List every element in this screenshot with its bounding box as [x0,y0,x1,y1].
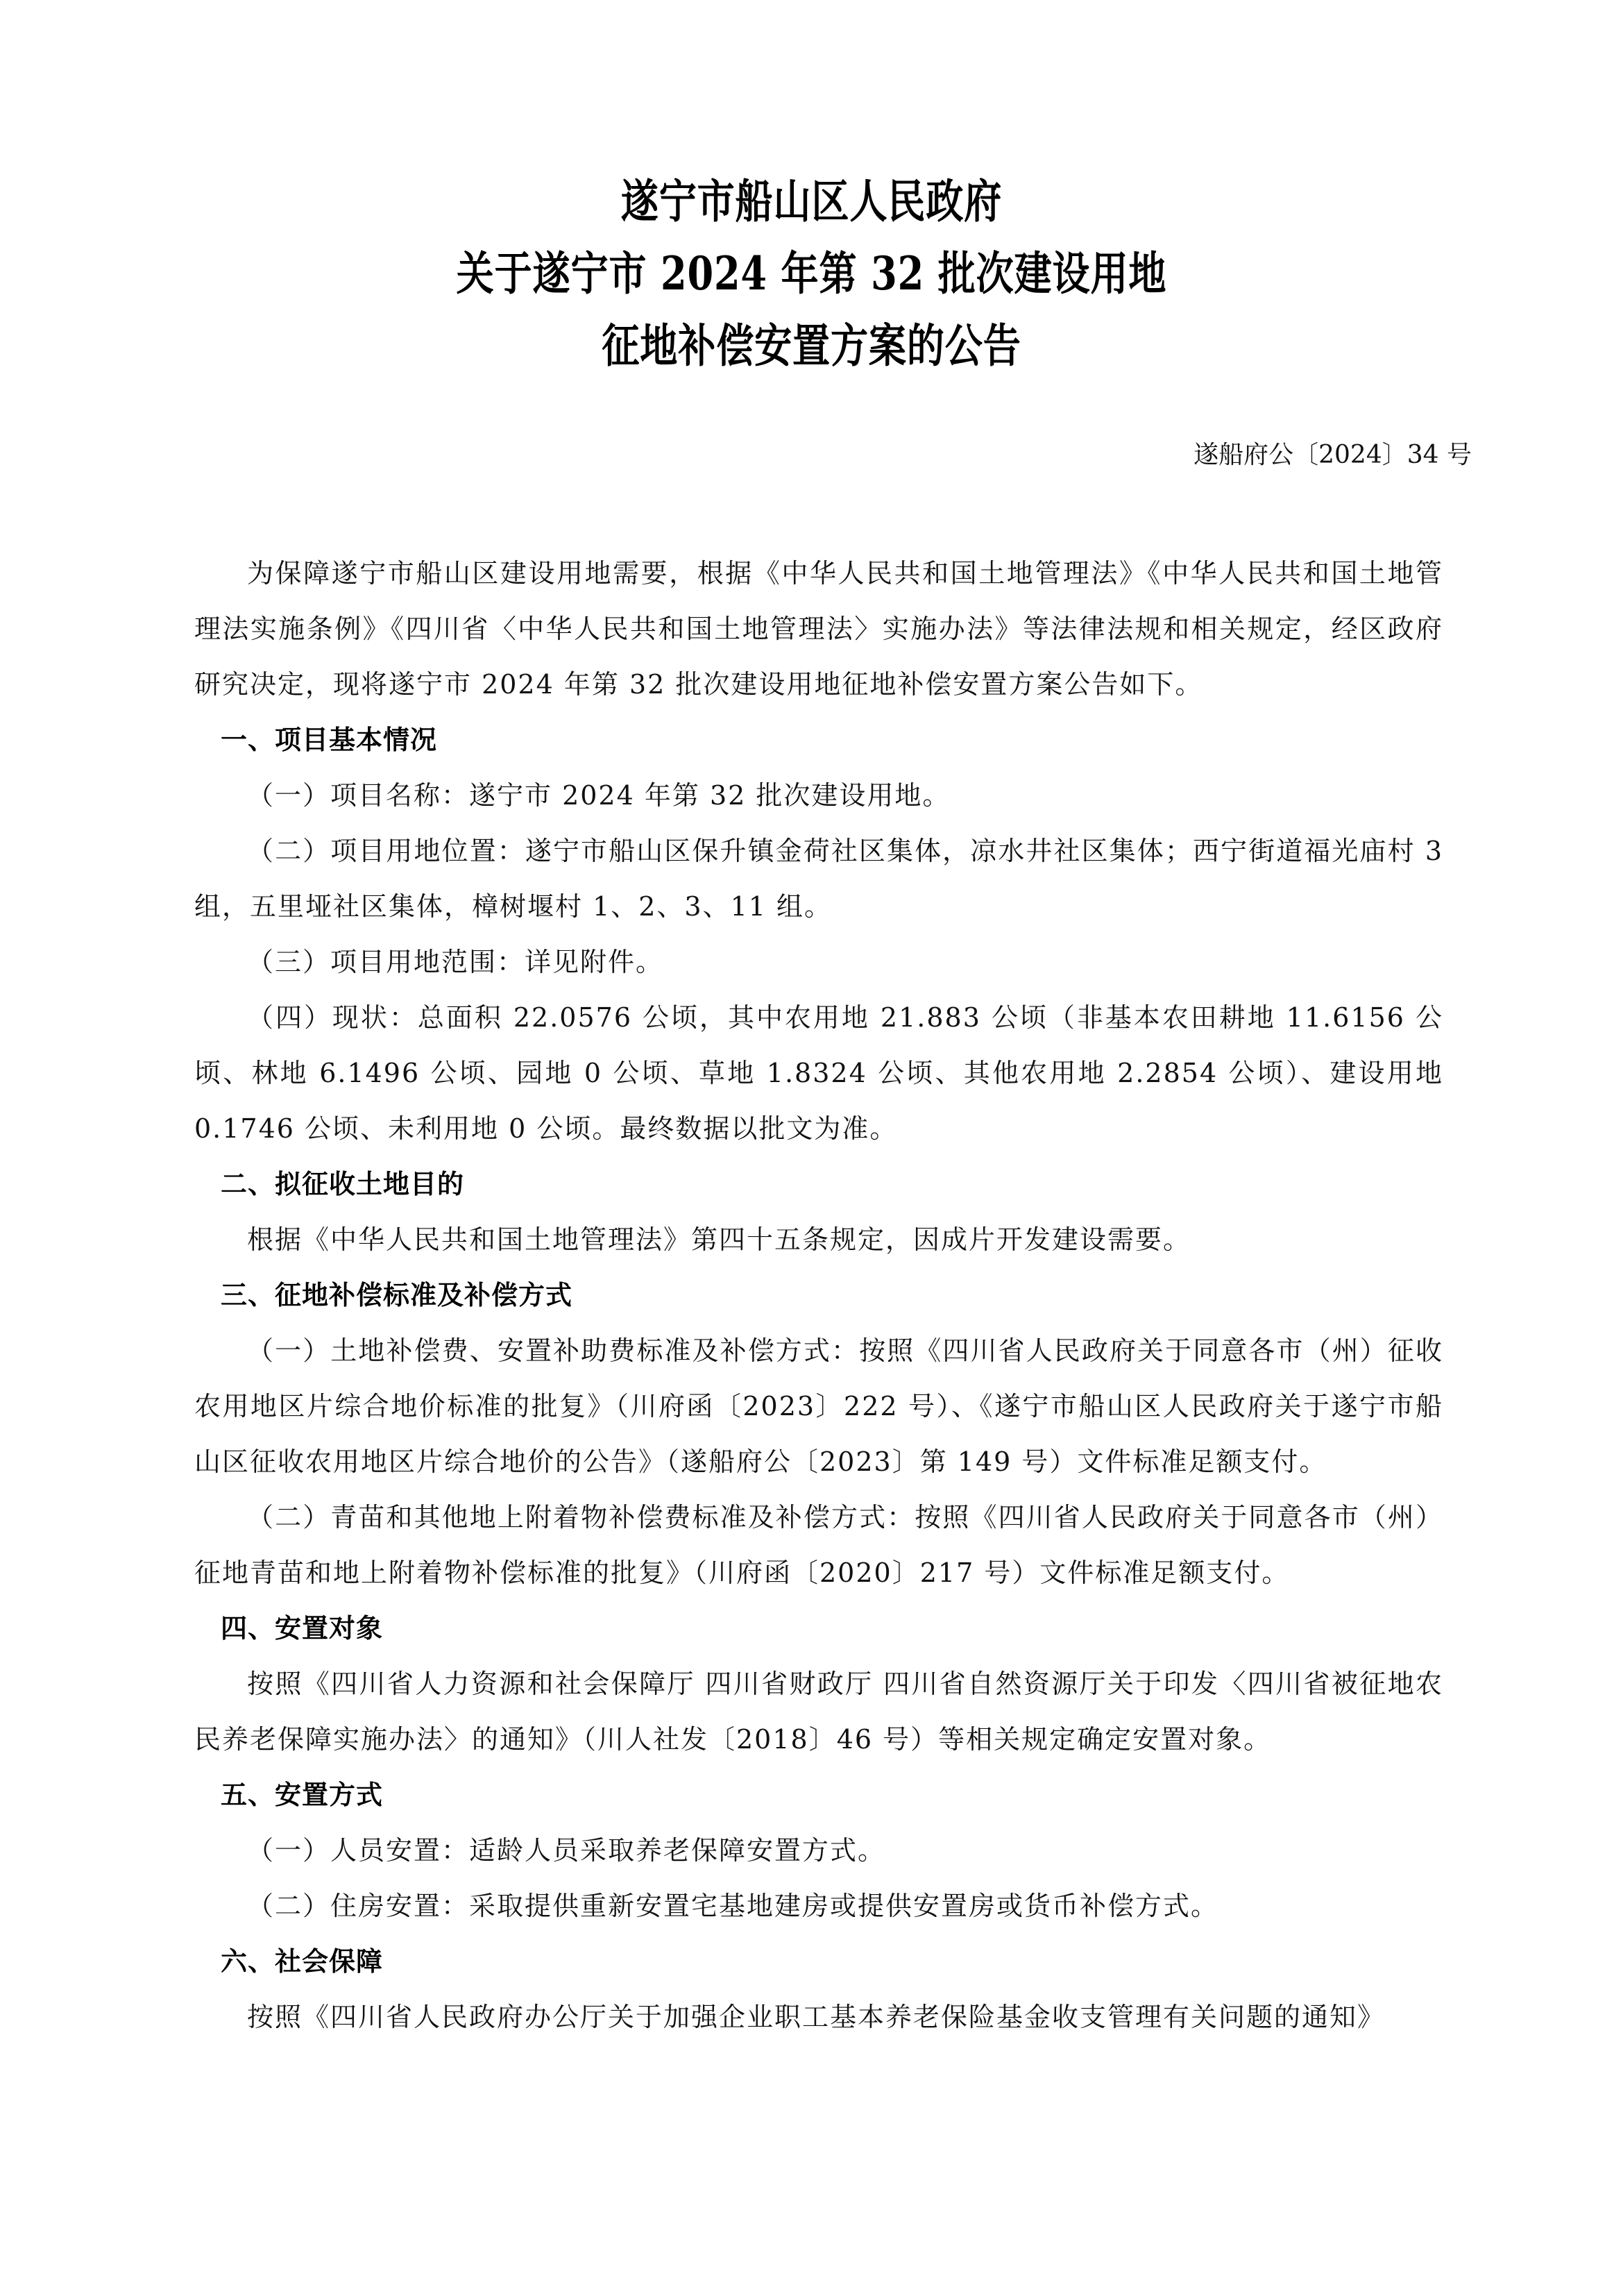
document-number: 遂船府公〔2024〕34 号 [1193,434,1472,476]
paragraph-6-1: 按照《四川省人民政府办公厅关于加强企业职工基本养老保险基金收支管理有关问题的通知… [194,1989,1443,2045]
section-heading-6: 六、社会保障 [194,1934,1443,1989]
title-line-2: 关于遂宁市 2024 年第 32 批次建设用地 [146,237,1477,310]
title-line-3: 征地补偿安置方案的公告 [146,310,1477,382]
paragraph-1-1: （一）项目名称：遂宁市 2024 年第 32 批次建设用地。 [194,768,1443,823]
paragraph-4-1: 按照《四川省人力资源和社会保障厅 四川省财政厅 四川省自然资源厅关于印发〈四川省… [194,1656,1443,1767]
document-title: 遂宁市船山区人民政府 关于遂宁市 2024 年第 32 批次建设用地 征地补偿安… [146,165,1477,382]
paragraph-5-2: （二）住房安置：采取提供重新安置宅基地建房或提供安置房或货币补偿方式。 [194,1878,1443,1934]
intro-paragraph: 为保障遂宁市船山区建设用地需要，根据《中华人民共和国土地管理法》《中华人民共和国… [194,546,1443,712]
paragraph-2-1: 根据《中华人民共和国土地管理法》第四十五条规定，因成片开发建设需要。 [194,1212,1443,1267]
section-heading-1: 一、项目基本情况 [194,712,1443,768]
section-heading-4: 四、安置对象 [194,1601,1443,1656]
paragraph-1-4: （四）现状：总面积 22.0576 公顷，其中农用地 21.883 公顷（非基本… [194,990,1443,1156]
section-heading-3: 三、征地补偿标准及补偿方式 [194,1267,1443,1323]
paragraph-5-1: （一）人员安置：适龄人员采取养老保障安置方式。 [194,1823,1443,1878]
document-body: 为保障遂宁市船山区建设用地需要，根据《中华人民共和国土地管理法》《中华人民共和国… [194,546,1443,2045]
section-heading-5: 五、安置方式 [194,1767,1443,1823]
document-page: 遂宁市船山区人民政府 关于遂宁市 2024 年第 32 批次建设用地 征地补偿安… [0,0,1623,2296]
paragraph-1-3: （三）项目用地范围：详见附件。 [194,934,1443,990]
paragraph-3-1: （一）土地补偿费、安置补助费标准及补偿方式：按照《四川省人民政府关于同意各市（州… [194,1323,1443,1489]
paragraph-3-2: （二）青苗和其他地上附着物补偿费标准及补偿方式：按照《四川省人民政府关于同意各市… [194,1489,1443,1601]
title-line-1: 遂宁市船山区人民政府 [146,165,1477,237]
paragraph-1-2: （二）项目用地位置：遂宁市船山区保升镇金荷社区集体，凉水井社区集体；西宁街道福光… [194,823,1443,934]
section-heading-2: 二、拟征收土地目的 [194,1156,1443,1212]
